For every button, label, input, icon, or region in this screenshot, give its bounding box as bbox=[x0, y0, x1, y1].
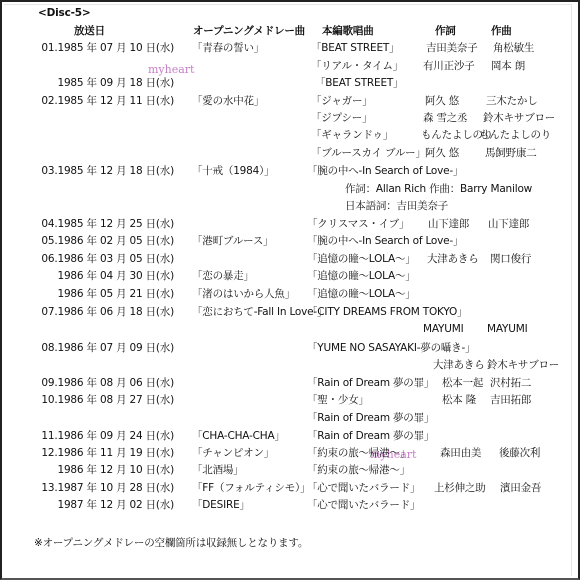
composer: 沢村拓二 bbox=[490, 376, 531, 390]
opening-medley-song: 「チャンピオン」 bbox=[192, 446, 274, 460]
header-date: 放送日 bbox=[74, 24, 105, 38]
lyricist: 松本一起 bbox=[442, 376, 483, 390]
main-song: 「Rain of Dream 夢の罪」 bbox=[307, 411, 434, 425]
main-song: 「リアル・タイム」 bbox=[311, 59, 403, 73]
lyricist: 大津あきら bbox=[427, 252, 479, 266]
opening-medley-song: 「十戒（1984）」 bbox=[192, 164, 274, 178]
broadcast-date: 02.1985 年 12 月 11 日(水) bbox=[0, 94, 174, 108]
main-song: 「心で聞いたバラード」 bbox=[307, 498, 420, 512]
composer: 三木たかし bbox=[486, 94, 538, 108]
main-song: 作詞：Allan Rich 作曲：Barry Manilow bbox=[345, 182, 532, 196]
broadcast-date: 01.1985 年 07 月 10 日(水) bbox=[0, 41, 174, 55]
main-song: 「約束の旅～帰港～」 bbox=[307, 446, 410, 460]
opening-medley-song: 「恋の暴走」 bbox=[192, 269, 254, 283]
disc-title: <Disc-5> bbox=[38, 6, 90, 20]
main-song: 「BEAT STREET」 bbox=[315, 76, 403, 90]
opening-medley-song: 「港町ブルース」 bbox=[192, 234, 273, 248]
main-song: 「追憶の瞳～LOLA～」 bbox=[307, 252, 416, 266]
header-music: 作曲 bbox=[491, 24, 512, 38]
opening-medley-song: 「青春の誓い」 bbox=[192, 41, 264, 55]
lyricist: 大津あきら bbox=[433, 358, 485, 372]
lyricist: MAYUMI bbox=[423, 322, 463, 336]
composer: 鈴木キサブロー bbox=[487, 358, 559, 372]
main-song: 「YUME NO SASAYAKI-夢の囁き-」 bbox=[307, 341, 475, 355]
opening-medley-song: 「FF（フォルティシモ）」 bbox=[192, 481, 310, 495]
lyricist: 山下達郎 bbox=[428, 217, 469, 231]
main-song: 「腕の中へ-In Search of Love-」 bbox=[307, 164, 463, 178]
broadcast-date: 12.1986 年 11 月 19 日(水) bbox=[0, 446, 174, 460]
main-song: 「BEAT STREET」 bbox=[311, 41, 399, 55]
broadcast-date: 1986 年 05 月 21 日(水) bbox=[0, 287, 174, 301]
header-lyrics: 作詞 bbox=[435, 24, 456, 38]
composer: もんたよしのり bbox=[479, 128, 551, 142]
broadcast-date: 1986 年 12 月 10 日(水) bbox=[0, 463, 174, 477]
opening-medley-song: 「CHA-CHA-CHA」 bbox=[192, 429, 285, 443]
broadcast-date: 03.1985 年 12 月 18 日(水) bbox=[0, 164, 174, 178]
main-song: 「Rain of Dream 夢の罪」 bbox=[307, 376, 434, 390]
lyricist: 有川正沙子 bbox=[423, 59, 475, 73]
lyricist: 上杉伸之助 bbox=[434, 481, 486, 495]
broadcast-date: 05.1986 年 02 月 05 日(水) bbox=[0, 234, 174, 248]
lyricist: 阿久 悠 bbox=[425, 146, 459, 160]
opening-medley-song: 「DESIRE」 bbox=[192, 498, 250, 512]
composer: 後藤次利 bbox=[499, 446, 540, 460]
broadcast-date: 1986 年 04 月 30 日(水) bbox=[0, 269, 174, 283]
composer: 山下達郎 bbox=[488, 217, 529, 231]
main-song: 「腕の中へ-In Search of Love-」 bbox=[307, 234, 463, 248]
footnote: ※オープニングメドレーの空欄箇所は収録無しとなります。 bbox=[34, 536, 308, 550]
composer: 岡本 朗 bbox=[491, 59, 525, 73]
opening-medley-song: 「北酒場」 bbox=[192, 463, 244, 477]
composer: 角松敏生 bbox=[493, 41, 534, 55]
broadcast-date: 06.1986 年 03 月 05 日(水) bbox=[0, 252, 174, 266]
lyricist: 吉田美奈子 bbox=[426, 41, 478, 55]
lyricist: 阿久 悠 bbox=[425, 94, 459, 108]
opening-medley-song: 「渚のはいから人魚」 bbox=[192, 287, 295, 301]
lyricist: 森 雪之丞 bbox=[423, 111, 467, 125]
composer: MAYUMI bbox=[487, 322, 527, 336]
lyricist: 松本 隆 bbox=[442, 393, 476, 407]
opening-medley-song: 「愛の水中花」 bbox=[192, 94, 264, 108]
watermark: myheart bbox=[148, 63, 194, 77]
broadcast-date: 08.1986 年 07 月 09 日(水) bbox=[0, 341, 174, 355]
header-opening: オープニングメドレー曲 bbox=[193, 24, 305, 38]
main-song: 「CITY DREAMS FROM TOKYO」 bbox=[307, 305, 467, 319]
broadcast-date: 04.1985 年 12 月 25 日(水) bbox=[0, 217, 174, 231]
composer: 関口俊行 bbox=[490, 252, 531, 266]
main-song: 「Rain of Dream 夢の罪」 bbox=[307, 429, 434, 443]
broadcast-date: 1985 年 09 月 18 日(水) bbox=[0, 76, 174, 90]
lyricist: 森田由美 bbox=[440, 446, 481, 460]
broadcast-date: 1987 年 12 月 02 日(水) bbox=[0, 498, 174, 512]
broadcast-date: 07.1986 年 06 月 18 日(水) bbox=[0, 305, 174, 319]
main-song: 「ギャランドゥ」 bbox=[311, 128, 393, 142]
main-song: 「ジプシー」 bbox=[311, 111, 372, 125]
main-song: 「ジャガー」 bbox=[311, 94, 373, 108]
header-song: 本編歌唱曲 bbox=[322, 24, 374, 38]
composer: 吉田拓郎 bbox=[490, 393, 531, 407]
main-song: 「クリスマス・イブ」 bbox=[307, 217, 409, 231]
main-song: 「追憶の瞳～LOLA～」 bbox=[307, 287, 416, 301]
composer: 鈴木キサブロー bbox=[483, 111, 555, 125]
main-song: 日本語詞：吉田美奈子 bbox=[345, 199, 448, 213]
broadcast-date: 10.1986 年 08 月 27 日(水) bbox=[0, 393, 174, 407]
composer: 馬飼野康二 bbox=[485, 146, 537, 160]
composer: 濱田金吾 bbox=[500, 481, 541, 495]
main-song: 「追憶の瞳～LOLA～」 bbox=[307, 269, 416, 283]
broadcast-date: 13.1987 年 10 月 28 日(水) bbox=[0, 481, 174, 495]
main-song: 「心で聞いたバラード」 bbox=[307, 481, 420, 495]
broadcast-date: 09.1986 年 08 月 06 日(水) bbox=[0, 376, 174, 390]
broadcast-date: 11.1986 年 09 月 24 日(水) bbox=[0, 429, 174, 443]
main-song: 「聖・少女」 bbox=[307, 393, 369, 407]
main-song: 「約束の旅～帰港～」 bbox=[307, 463, 410, 477]
main-song: 「ブルースカイ ブルー」 bbox=[311, 146, 426, 160]
